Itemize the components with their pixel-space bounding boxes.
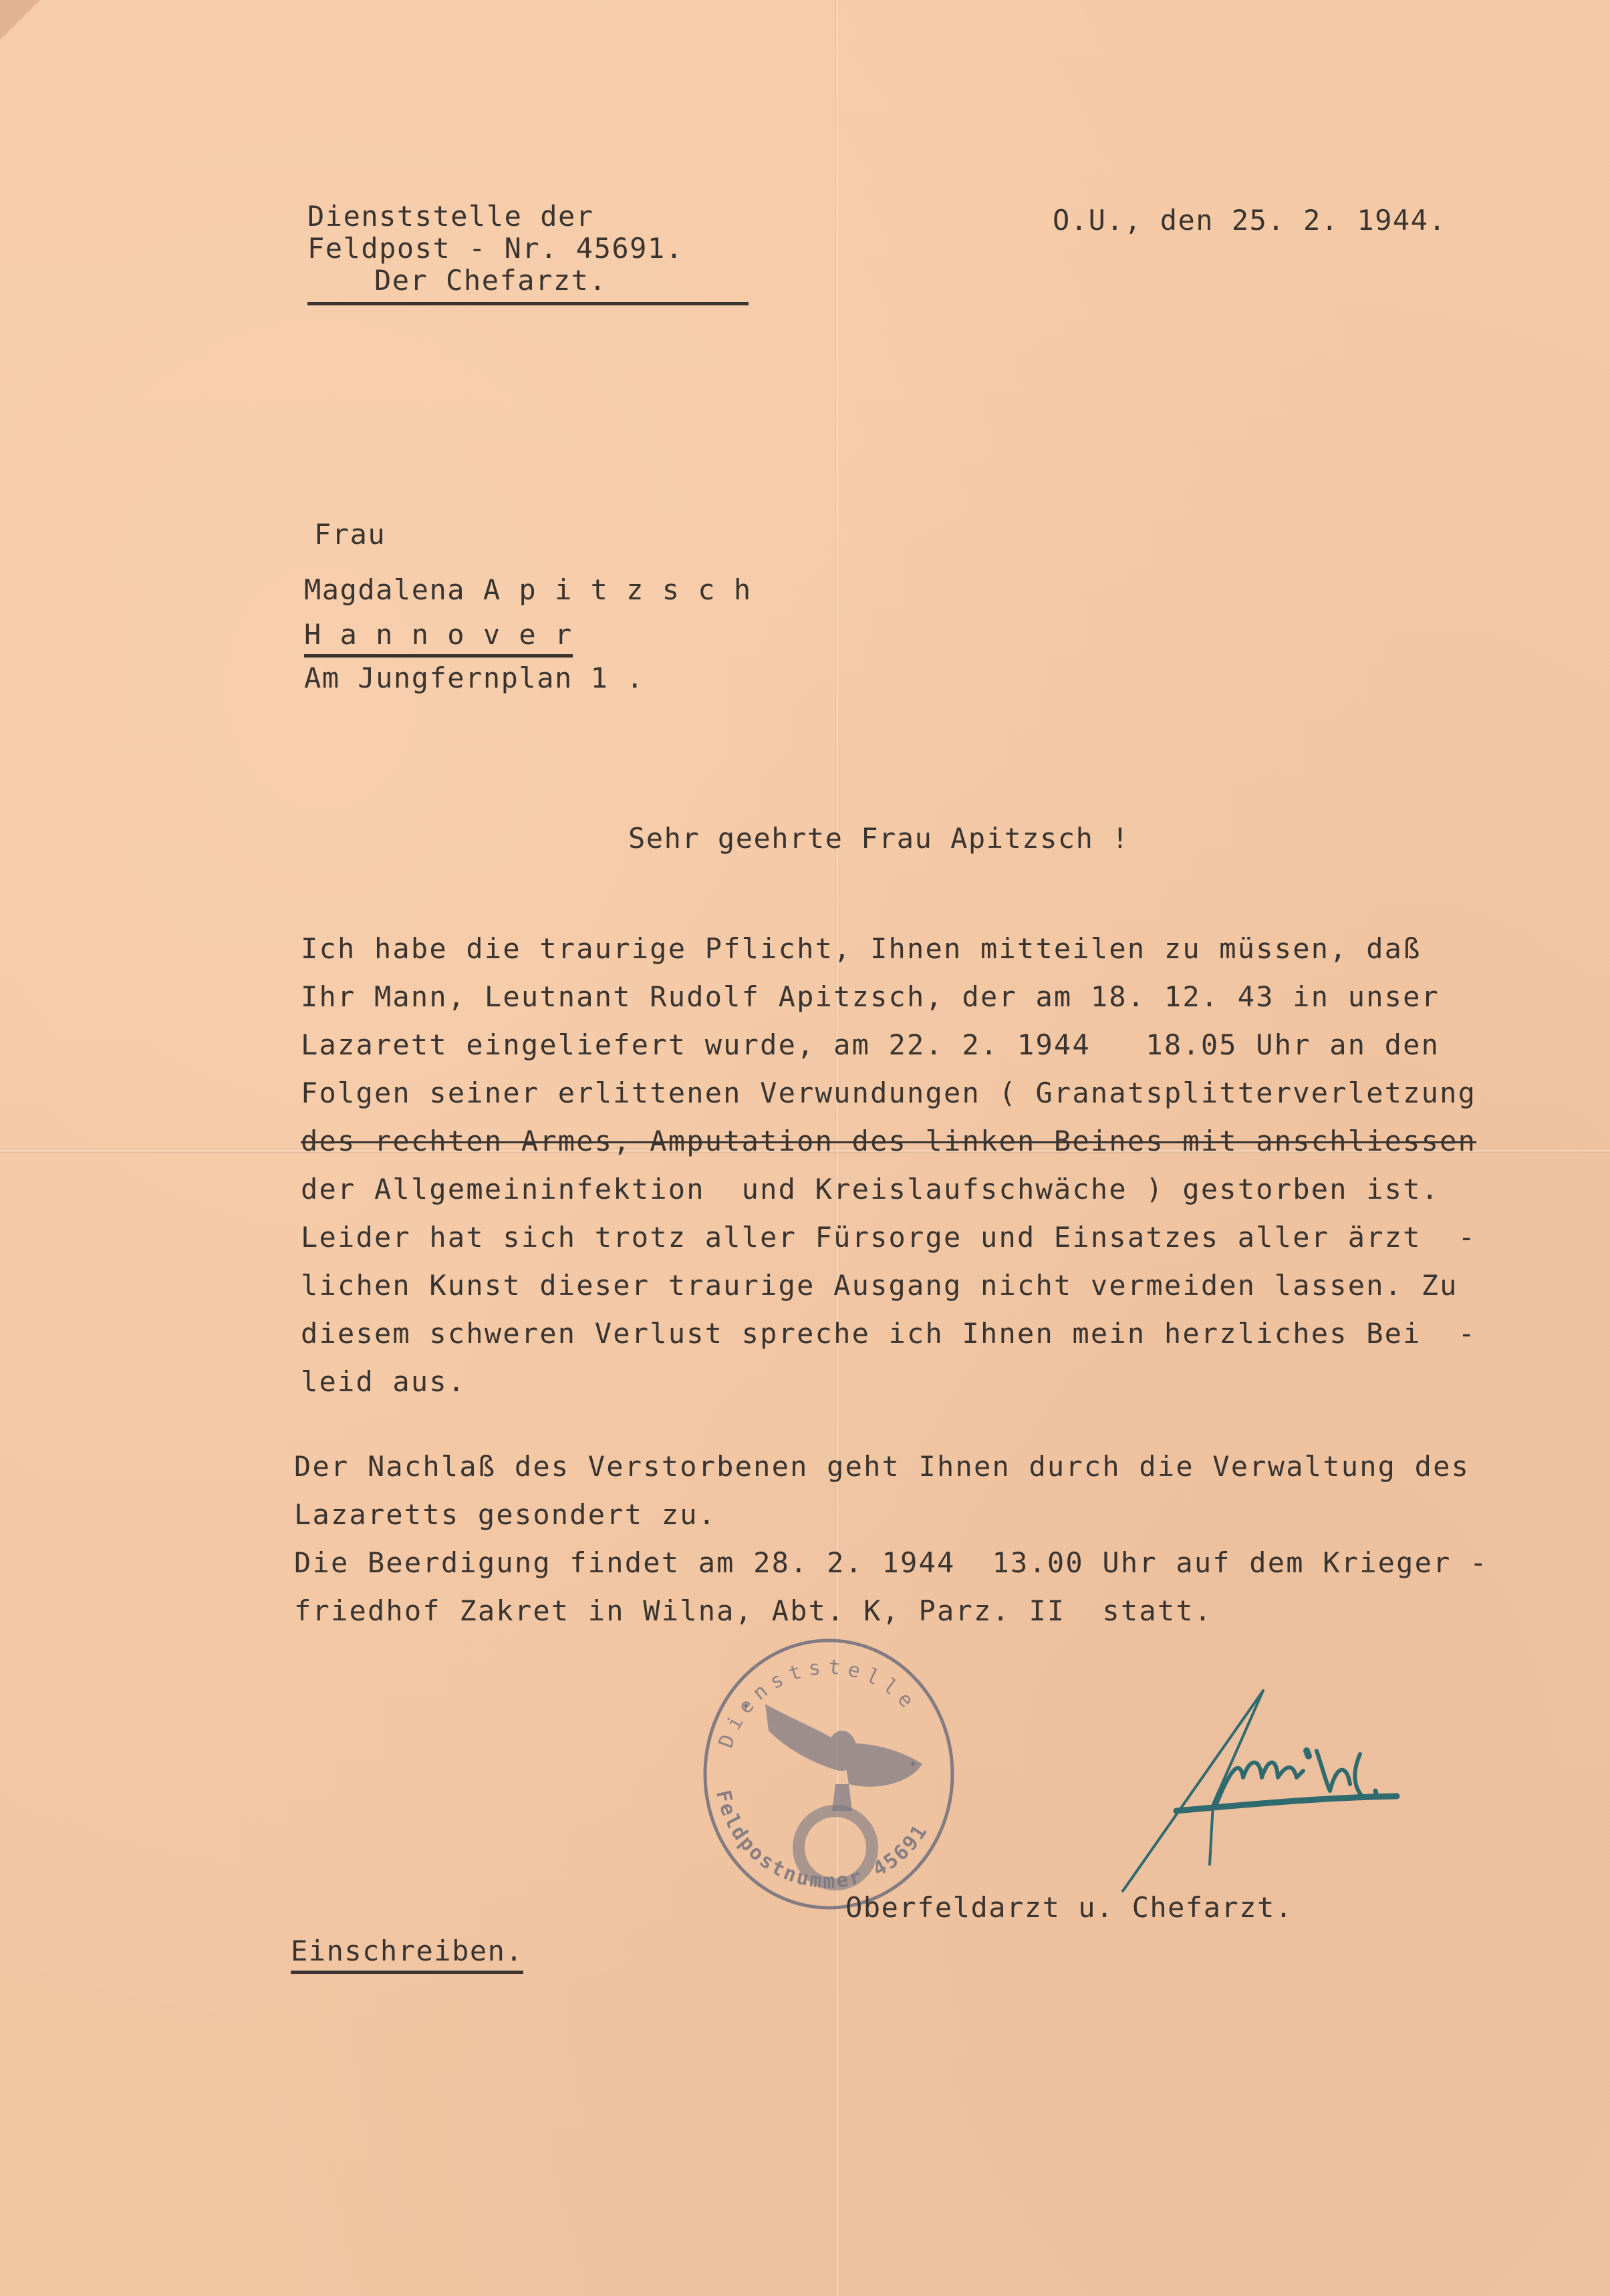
body-line: friedhof Zakret in Wilna, Abt. K, Parz. …: [294, 1594, 1212, 1628]
sender-underline: [307, 302, 749, 305]
recipient-city: H a n n o v e r: [304, 618, 573, 658]
body-line: Ich habe die traurige Pflicht, Ihnen mit…: [301, 932, 1422, 966]
body-line: Folgen seiner erlittenen Verwundungen ( …: [301, 1077, 1476, 1110]
recipient-title: Frau: [314, 518, 386, 551]
sender-line-3: Der Chefarzt.: [307, 265, 684, 297]
svg-text:✦: ✦: [742, 1697, 750, 1713]
body-line: Leider hat sich trotz aller Fürsorge und…: [301, 1221, 1476, 1254]
body-line: Lazarett eingeliefert wurde, am 22. 2. 1…: [301, 1028, 1440, 1062]
body-line: Die Beerdigung findet am 28. 2. 1944 13.…: [294, 1546, 1488, 1580]
sender-line-2: Feldpost - Nr. 45691.: [307, 233, 684, 265]
body-line: leid aus.: [301, 1365, 466, 1399]
registered-mail-note: Einschreiben.: [291, 1934, 523, 1974]
official-stamp: Dienststelle Feldpostnummer 45691 ✦ ✦: [688, 1630, 969, 1918]
body-line: der Allgemeininfektion und Kreislaufschw…: [301, 1173, 1440, 1206]
body-line: Der Nachlaß des Verstorbenen geht Ihnen …: [294, 1450, 1470, 1483]
body-line: Ihr Mann, Leutnant Rudolf Apitzsch, der …: [301, 980, 1440, 1014]
recipient-street: Am Jungfernplan 1 .: [304, 662, 644, 695]
greeting: Sehr geehrte Frau Apitzsch !: [628, 822, 1129, 855]
folded-corner: [0, 0, 40, 40]
dateline: O.U., den 25. 2. 1944.: [1053, 204, 1446, 237]
eagle-emblem-icon: Dienststelle Feldpostnummer 45691 ✦ ✦: [688, 1630, 969, 1918]
handwritten-signature: [1096, 1671, 1444, 1898]
body-line: lichen Kunst dieser traurige Ausgang nic…: [301, 1269, 1458, 1302]
signature-scrawl-icon: [1096, 1671, 1444, 1898]
sender-block: Dienststelle der Feldpost - Nr. 45691. D…: [307, 200, 684, 297]
signatory-title: Oberfeldarzt u. Chefarzt.: [845, 1891, 1293, 1924]
sender-line-1: Dienststelle der: [307, 200, 684, 233]
body-line-struck-through: des rechten Armes, Amputation des linken…: [301, 1125, 1476, 1158]
recipient-name: Magdalena A p i t z s c h: [304, 573, 752, 607]
body-line: diesem schweren Verlust spreche ich Ihne…: [301, 1317, 1476, 1350]
body-line: Lazaretts gesondert zu.: [294, 1498, 716, 1532]
